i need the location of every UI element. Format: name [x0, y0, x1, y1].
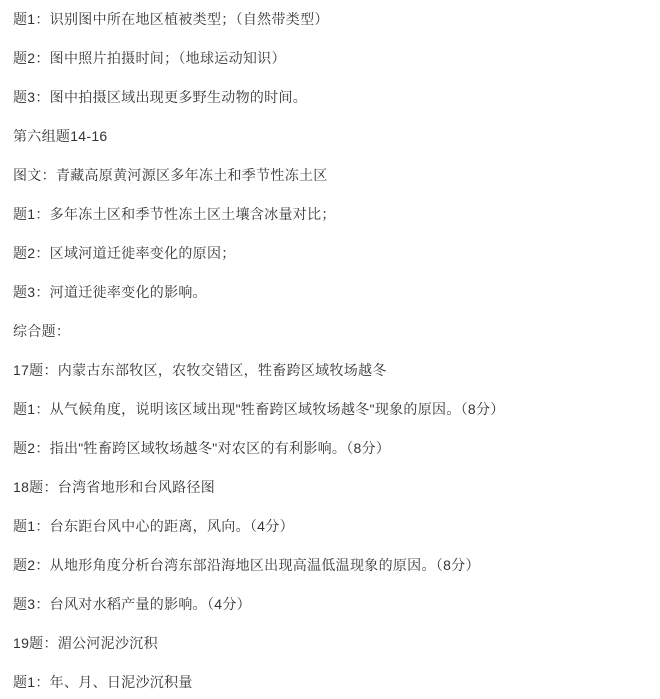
text-line-wildlife-time: 题3：图中拍摄区域出现更多野生动物的时间。: [13, 90, 650, 105]
text-line-group6-heading: 第六组题14-16: [13, 129, 650, 144]
text-line-synthesis-heading: 综合题：: [13, 324, 650, 339]
document-page: 题1：识别图中所在地区植被类型；（自然带类型） 题2：图中照片拍摄时间；（地球运…: [0, 0, 660, 690]
text-line-q17-context: 17题：内蒙古东部牧区，农牧交错区，牲畜跨区域牧场越冬: [13, 363, 650, 378]
text-line-group6-q3: 题3：河道迁徙率变化的影响。: [13, 285, 650, 300]
text-line-q17-sub2: 题2：指出"牲畜跨区域牧场越冬"对农区的有利影响。（8分）: [13, 441, 650, 456]
text-line-group6-q1: 题1：多年冻土区和季节性冻土区土壤含冰量对比；: [13, 207, 650, 222]
text-line-q17-sub1: 题1：从气候角度，说明该区域出现"牲畜跨区域牧场越冬"现象的原因。（8分）: [13, 402, 650, 417]
text-line-vegetation-type: 题1：识别图中所在地区植被类型；（自然带类型）: [13, 12, 650, 27]
text-line-group6-context: 图文：青藏高原黄河源区多年冻土和季节性冻土区: [13, 168, 650, 183]
text-line-q18-sub1: 题1：台东距台风中心的距离，风向。（4分）: [13, 519, 650, 534]
text-line-q18-context: 18题：台湾省地形和台风路径图: [13, 480, 650, 495]
text-line-q19-context: 19题：湄公河泥沙沉积: [13, 636, 650, 651]
text-line-group6-q2: 题2：区域河道迁徙率变化的原因；: [13, 246, 650, 261]
text-line-q18-sub3: 题3：台风对水稻产量的影响。（4分）: [13, 597, 650, 612]
text-line-q19-sub1: 题1：年、月、日泥沙沉积量: [13, 675, 650, 690]
text-line-q18-sub2: 题2：从地形角度分析台湾东部沿海地区出现高温低温现象的原因。（8分）: [13, 558, 650, 573]
text-line-photo-time: 题2：图中照片拍摄时间；（地球运动知识）: [13, 51, 650, 66]
